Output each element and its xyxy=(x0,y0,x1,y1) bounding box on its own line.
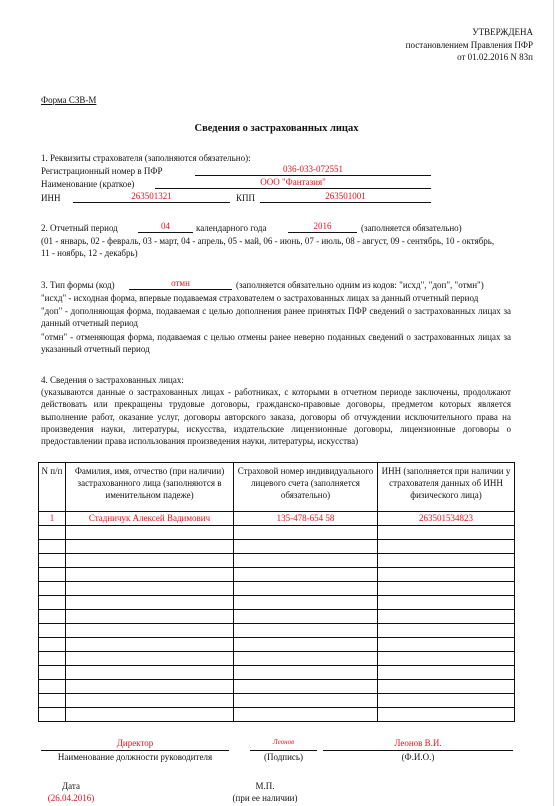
period-value: 04 xyxy=(161,221,170,231)
header-number: N п/п xyxy=(39,463,66,512)
signature-caption: (Подпись) xyxy=(250,752,317,762)
kpp-value: 263501001 xyxy=(325,191,366,201)
table-row xyxy=(39,652,515,666)
form-type-value: отмн xyxy=(171,278,190,288)
form-type-label: 3. Тип формы (код) xyxy=(41,279,115,291)
table-row xyxy=(39,666,515,680)
cell-full-name[interactable] xyxy=(66,624,234,638)
table-row xyxy=(39,582,515,596)
cell-snils[interactable] xyxy=(234,540,378,554)
position-field[interactable]: Директор xyxy=(41,738,229,751)
date-label: Дата xyxy=(41,781,101,791)
cell-snils[interactable] xyxy=(234,610,378,624)
position-value: Директор xyxy=(117,738,154,748)
table-row xyxy=(39,624,515,638)
period-note: (заполняется обязательно) xyxy=(361,222,462,234)
cell-full-name[interactable] xyxy=(66,610,234,624)
cell-number[interactable] xyxy=(39,694,66,708)
cell-number[interactable] xyxy=(39,666,66,680)
months-legend-1: (01 - январь, 02 - февраль, 03 - март, 0… xyxy=(41,235,494,247)
cell-full-name[interactable]: Стадничук Алексей Вадимович xyxy=(66,512,234,526)
fio-caption: (Ф.И.О.) xyxy=(323,752,513,762)
section4-description: (указываются данные о застрахованных лиц… xyxy=(41,386,511,447)
company-name-field[interactable]: ООО "Фантазия" xyxy=(155,177,431,189)
form-type-field[interactable]: отмн xyxy=(129,278,232,290)
document-page: УТВЕРЖДЕНА постановлением Правления ПФР … xyxy=(0,0,554,806)
cell-inn[interactable] xyxy=(378,610,515,624)
cell-full-name[interactable] xyxy=(66,638,234,652)
cell-inn[interactable] xyxy=(378,694,515,708)
cell-inn[interactable] xyxy=(378,680,515,694)
cell-full-name[interactable] xyxy=(66,568,234,582)
cell-snils[interactable] xyxy=(234,666,378,680)
cell-full-name[interactable] xyxy=(66,694,234,708)
cell-inn[interactable] xyxy=(378,582,515,596)
company-name-value: ООО "Фантазия" xyxy=(260,177,326,187)
cell-snils[interactable] xyxy=(234,582,378,596)
cell-snils[interactable] xyxy=(234,694,378,708)
fio-field[interactable]: Леонов В.И. xyxy=(323,738,513,751)
date-value[interactable]: (26.04.2016) xyxy=(31,793,111,803)
period-label: 2. Отчетный период xyxy=(41,222,118,234)
cell-full-name[interactable] xyxy=(66,596,234,610)
form-type-desc-dop: "доп" - дополняющая форма, подаваемая с … xyxy=(41,305,511,329)
cell-number[interactable] xyxy=(39,540,66,554)
cell-full-name[interactable] xyxy=(66,708,234,722)
cell-snils[interactable] xyxy=(234,526,378,540)
cell-snils[interactable] xyxy=(234,680,378,694)
cell-full-name[interactable] xyxy=(66,666,234,680)
year-value: 2016 xyxy=(314,221,332,231)
company-name-label: Наименование (краткое) xyxy=(41,178,134,190)
cell-number[interactable] xyxy=(39,554,66,568)
table-row xyxy=(39,680,515,694)
cell-inn[interactable] xyxy=(378,708,515,722)
cell-number[interactable] xyxy=(39,610,66,624)
year-field[interactable]: 2016 xyxy=(288,221,357,233)
cell-snils[interactable] xyxy=(234,708,378,722)
form-code: Форма СЗВ-М xyxy=(41,95,96,105)
section1-heading: 1. Реквизиты страхователя (заполняются о… xyxy=(41,152,251,164)
cell-inn[interactable]: 263501534823 xyxy=(378,512,515,526)
header-inn: ИНН (заполняется при наличии у страховат… xyxy=(378,463,515,512)
cell-full-name[interactable] xyxy=(66,582,234,596)
inn-field[interactable]: 263501321 xyxy=(73,191,230,203)
table-row xyxy=(39,708,515,722)
page-title: Сведения о застрахованных лицах xyxy=(0,123,553,134)
position-caption: Наименование должности руководителя xyxy=(41,752,229,762)
stamp-label: М.П. xyxy=(210,781,320,791)
reg-number-value: 036-033-072551 xyxy=(283,164,343,174)
cell-full-name[interactable] xyxy=(66,540,234,554)
reg-number-label: Регистрационный номер в ПФР xyxy=(41,165,163,177)
insured-persons-table: N п/п Фамилия, имя, отчество (при наличи… xyxy=(38,462,515,722)
cell-inn[interactable] xyxy=(378,638,515,652)
cell-number[interactable] xyxy=(39,582,66,596)
inn-label: ИНН xyxy=(41,192,61,204)
cell-inn[interactable] xyxy=(378,540,515,554)
signature-value: Леонов xyxy=(273,738,294,746)
table-row xyxy=(39,610,515,624)
cell-number[interactable] xyxy=(39,624,66,638)
cell-full-name[interactable] xyxy=(66,526,234,540)
cell-snils[interactable] xyxy=(234,554,378,568)
reg-number-field[interactable]: 036-033-072551 xyxy=(195,164,431,176)
table-row xyxy=(39,554,515,568)
signature-field[interactable]: Леонов xyxy=(250,738,317,751)
table-row xyxy=(39,568,515,582)
cell-number[interactable] xyxy=(39,638,66,652)
table-row xyxy=(39,638,515,652)
cell-inn[interactable] xyxy=(378,624,515,638)
inn-value: 263501321 xyxy=(131,191,172,201)
header-snils: Страховой номер индивидуального лицевого… xyxy=(234,463,378,512)
cell-snils[interactable]: 135-478-654 58 xyxy=(234,512,378,526)
fio-value: Леонов В.И. xyxy=(394,738,441,748)
cell-inn[interactable] xyxy=(378,596,515,610)
table-row xyxy=(39,694,515,708)
cell-full-name[interactable] xyxy=(66,680,234,694)
cell-snils[interactable] xyxy=(234,652,378,666)
cell-snils[interactable] xyxy=(234,596,378,610)
section4-heading: 4. Сведения о застрахованных лицах: xyxy=(41,374,184,386)
form-type-desc-otmn: "отмн" - отменяющая форма, подаваемая с … xyxy=(41,331,511,355)
cell-number[interactable] xyxy=(39,568,66,582)
approval-line-1: УТВЕРЖДЕНА xyxy=(406,26,533,39)
cell-inn[interactable] xyxy=(378,554,515,568)
approval-line-3: от 01.02.2016 N 83п xyxy=(406,51,533,64)
year-label: календарного года xyxy=(196,222,267,234)
header-full-name: Фамилия, имя, отчество (при наличии) зас… xyxy=(66,463,234,512)
cell-number[interactable] xyxy=(39,680,66,694)
cell-number[interactable] xyxy=(39,526,66,540)
cell-full-name[interactable] xyxy=(66,652,234,666)
approval-line-2: постановлением Правления ПФР xyxy=(406,39,533,52)
cell-inn[interactable] xyxy=(378,526,515,540)
approval-stamp: УТВЕРЖДЕНА постановлением Правления ПФР … xyxy=(406,26,533,64)
cell-number[interactable] xyxy=(39,652,66,666)
cell-full-name[interactable] xyxy=(66,554,234,568)
stamp-note: (при ее наличии) xyxy=(210,793,320,803)
table-row xyxy=(39,540,515,554)
cell-number[interactable] xyxy=(39,596,66,610)
table-header-row: N п/п Фамилия, имя, отчество (при наличи… xyxy=(39,463,515,512)
kpp-label: КПП xyxy=(236,192,255,204)
cell-inn[interactable] xyxy=(378,652,515,666)
table-row: 1Стадничук Алексей Вадимович135-478-654 … xyxy=(39,512,515,526)
months-legend-2: 11 - ноябрь, 12 - декабрь) xyxy=(41,247,138,259)
cell-snils[interactable] xyxy=(234,638,378,652)
table-body: 1Стадничук Алексей Вадимович135-478-654 … xyxy=(39,512,515,722)
form-type-desc-ishd: "исхд" - исходная форма, впервые подавае… xyxy=(41,292,511,304)
cell-inn[interactable] xyxy=(378,666,515,680)
table-row xyxy=(39,596,515,610)
cell-number[interactable]: 1 xyxy=(39,512,66,526)
kpp-field[interactable]: 263501001 xyxy=(260,191,431,203)
cell-number[interactable] xyxy=(39,708,66,722)
period-field[interactable]: 04 xyxy=(138,221,193,233)
cell-snils[interactable] xyxy=(234,568,378,582)
table-row xyxy=(39,526,515,540)
cell-snils[interactable] xyxy=(234,624,378,638)
form-type-note: (заполняется обязательно одним из кодов:… xyxy=(236,279,484,291)
cell-inn[interactable] xyxy=(378,568,515,582)
